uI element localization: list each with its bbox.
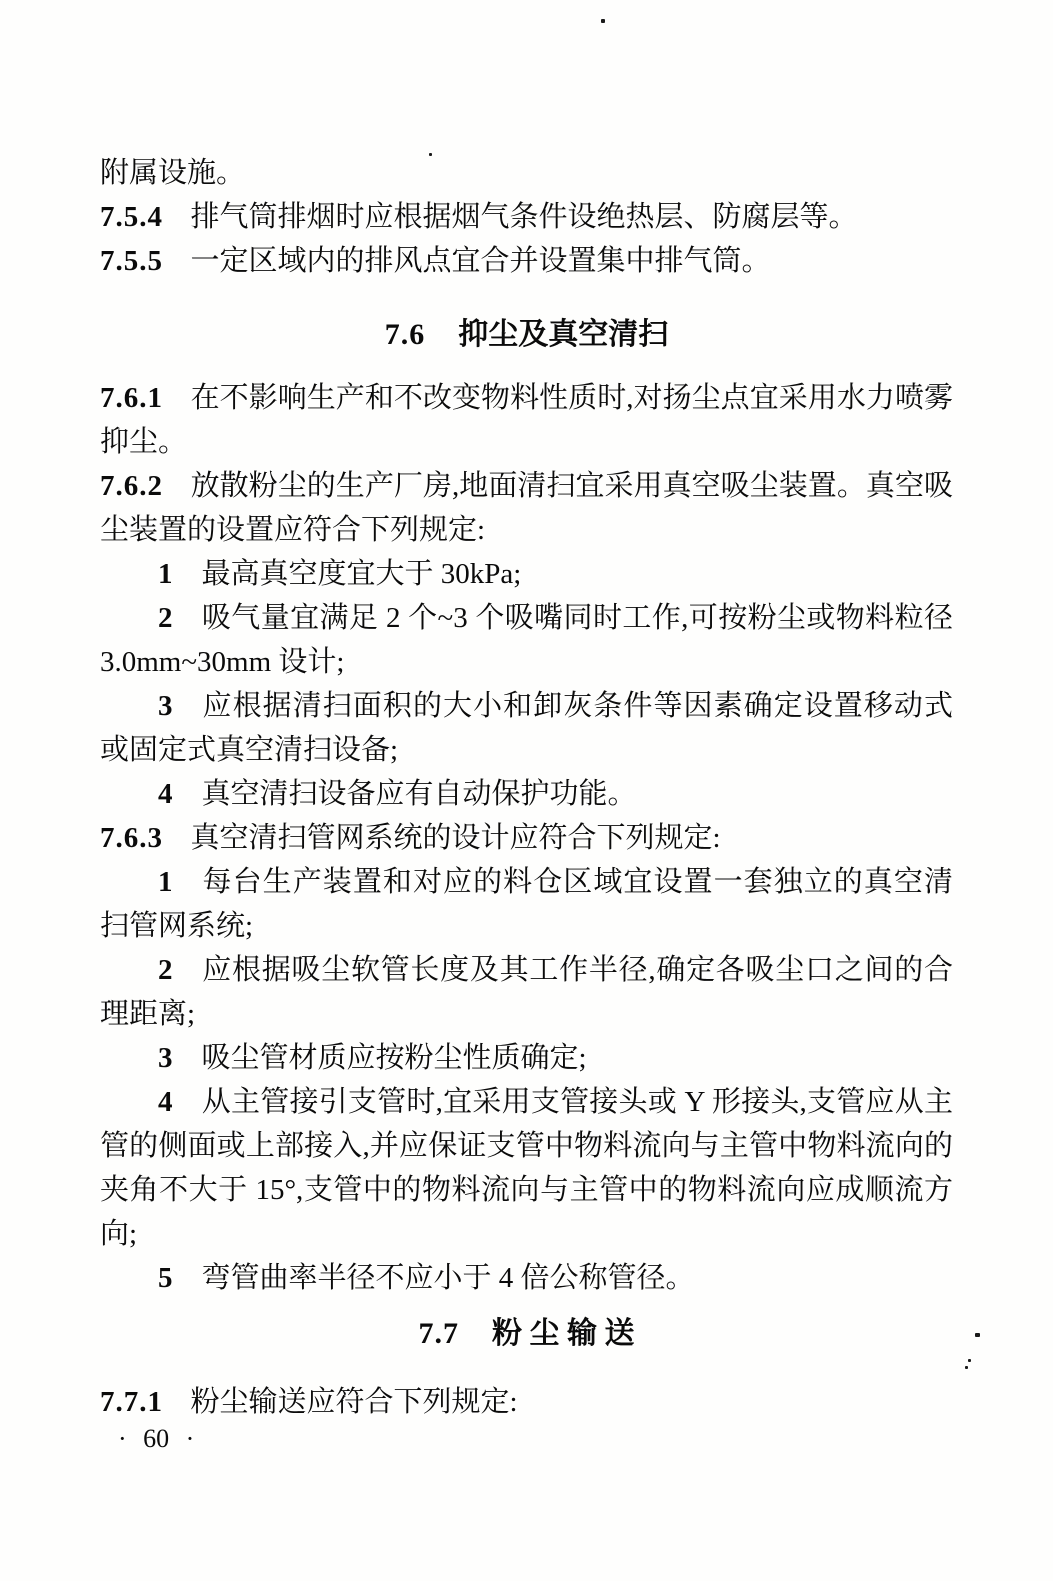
list-item: 1最高真空度宜大于 30kPa; — [100, 552, 953, 596]
section-heading-7-7: 7.7粉 尘 输 送 — [100, 1312, 953, 1356]
paragraph-text: 附属设施。 — [100, 157, 245, 189]
clause-number: 7.5.5 — [100, 245, 163, 277]
item-number: 1 — [158, 558, 173, 590]
list-item: 3吸尘管材质应按粉尘性质确定; — [100, 1036, 953, 1080]
item-number: 1 — [158, 866, 173, 898]
scan-speck — [968, 1359, 971, 1362]
page-number: · 60 · — [118, 1424, 194, 1454]
list-item: 4真空清扫设备应有自动保护功能。 — [100, 772, 953, 816]
section-title: 抑尘及真空清扫 — [458, 318, 668, 351]
clause-number: 7.6.2 — [100, 470, 163, 502]
list-item: 2应根据吸尘软管长度及其工作半径,确定各吸尘口之间的合理距离; — [100, 948, 953, 1036]
section-number: 7.7 — [419, 1317, 460, 1350]
list-item: 5弯管曲率半径不应小于 4 倍公称管径。 — [100, 1256, 953, 1300]
item-text: 真空清扫设备应有自动保护功能。 — [202, 778, 637, 810]
clause-7-6-2: 7.6.2放散粉尘的生产厂房,地面清扫宜采用真空吸尘装置。真空吸尘装置的设置应符… — [100, 464, 953, 552]
section-number: 7.6 — [385, 318, 426, 351]
list-item: 2吸气量宜满足 2 个~3 个吸嘴同时工作,可按粉尘或物料粒径 3.0mm~30… — [100, 596, 953, 684]
item-number: 3 — [158, 690, 173, 722]
clause-7-5-4: 7.5.4排气筒排烟时应根据烟气条件设绝热层、防腐层等。 — [100, 195, 953, 239]
item-text: 最高真空度宜大于 30kPa; — [202, 558, 522, 590]
clause-7-7-1: 7.7.1粉尘输送应符合下列规定: — [100, 1380, 953, 1424]
scan-speck — [601, 19, 605, 23]
item-number: 3 — [158, 1042, 173, 1074]
page-content: 附属设施。 7.5.4排气筒排烟时应根据烟气条件设绝热层、防腐层等。 7.5.5… — [100, 151, 953, 1424]
clause-7-6-1: 7.6.1在不影响生产和不改变物料性质时,对扬尘点宜采用水力喷雾抑尘。 — [100, 376, 953, 464]
clause-text: 排气筒排烟时应根据烟气条件设绝热层、防腐层等。 — [191, 201, 858, 233]
scan-speck — [965, 1366, 968, 1369]
item-number: 4 — [158, 1086, 173, 1118]
clause-7-5-5: 7.5.5一定区域内的排风点宜合并设置集中排气筒。 — [100, 239, 953, 283]
item-text: 吸气量宜满足 2 个~3 个吸嘴同时工作,可按粉尘或物料粒径 3.0mm~30m… — [100, 602, 953, 678]
item-text: 应根据吸尘软管长度及其工作半径,确定各吸尘口之间的合理距离; — [100, 954, 953, 1030]
clause-number: 7.6.3 — [100, 822, 163, 854]
clause-text: 放散粉尘的生产厂房,地面清扫宜采用真空吸尘装置。真空吸尘装置的设置应符合下列规定… — [100, 470, 953, 546]
clause-text: 一定区域内的排风点宜合并设置集中排气筒。 — [191, 245, 771, 277]
clause-number: 7.5.4 — [100, 201, 163, 233]
clause-7-6-3: 7.6.3真空清扫管网系统的设计应符合下列规定: — [100, 816, 953, 860]
scan-speck — [975, 1333, 980, 1337]
section-title: 粉 尘 输 送 — [492, 1317, 635, 1350]
section-heading-7-6: 7.6抑尘及真空清扫 — [100, 313, 953, 357]
item-text: 吸尘管材质应按粉尘性质确定; — [202, 1042, 587, 1074]
list-item: 1每台生产装置和对应的料仓区域宜设置一套独立的真空清扫管网系统; — [100, 860, 953, 948]
paragraph-continuation: 附属设施。 — [100, 151, 953, 195]
item-text: 弯管曲率半径不应小于 4 倍公称管径。 — [202, 1262, 695, 1294]
clause-text: 粉尘输送应符合下列规定: — [191, 1386, 518, 1418]
item-text: 每台生产装置和对应的料仓区域宜设置一套独立的真空清扫管网系统; — [100, 866, 953, 942]
list-item: 4从主管接引支管时,宜采用支管接头或 Y 形接头,支管应从主管的侧面或上部接入,… — [100, 1080, 953, 1256]
clause-text: 真空清扫管网系统的设计应符合下列规定: — [191, 822, 721, 854]
item-number: 4 — [158, 778, 173, 810]
clause-text: 在不影响生产和不改变物料性质时,对扬尘点宜采用水力喷雾抑尘。 — [100, 382, 953, 458]
document-page: 附属设施。 7.5.4排气筒排烟时应根据烟气条件设绝热层、防腐层等。 7.5.5… — [0, 0, 1053, 1581]
item-text: 从主管接引支管时,宜采用支管接头或 Y 形接头,支管应从主管的侧面或上部接入,并… — [100, 1086, 953, 1250]
item-number: 2 — [158, 602, 173, 634]
item-number: 2 — [158, 954, 173, 986]
item-number: 5 — [158, 1262, 173, 1294]
clause-number: 7.6.1 — [100, 382, 163, 414]
item-text: 应根据清扫面积的大小和卸灰条件等因素确定设置移动式或固定式真空清扫设备; — [100, 690, 953, 766]
list-item: 3应根据清扫面积的大小和卸灰条件等因素确定设置移动式或固定式真空清扫设备; — [100, 684, 953, 772]
clause-number: 7.7.1 — [100, 1386, 163, 1418]
